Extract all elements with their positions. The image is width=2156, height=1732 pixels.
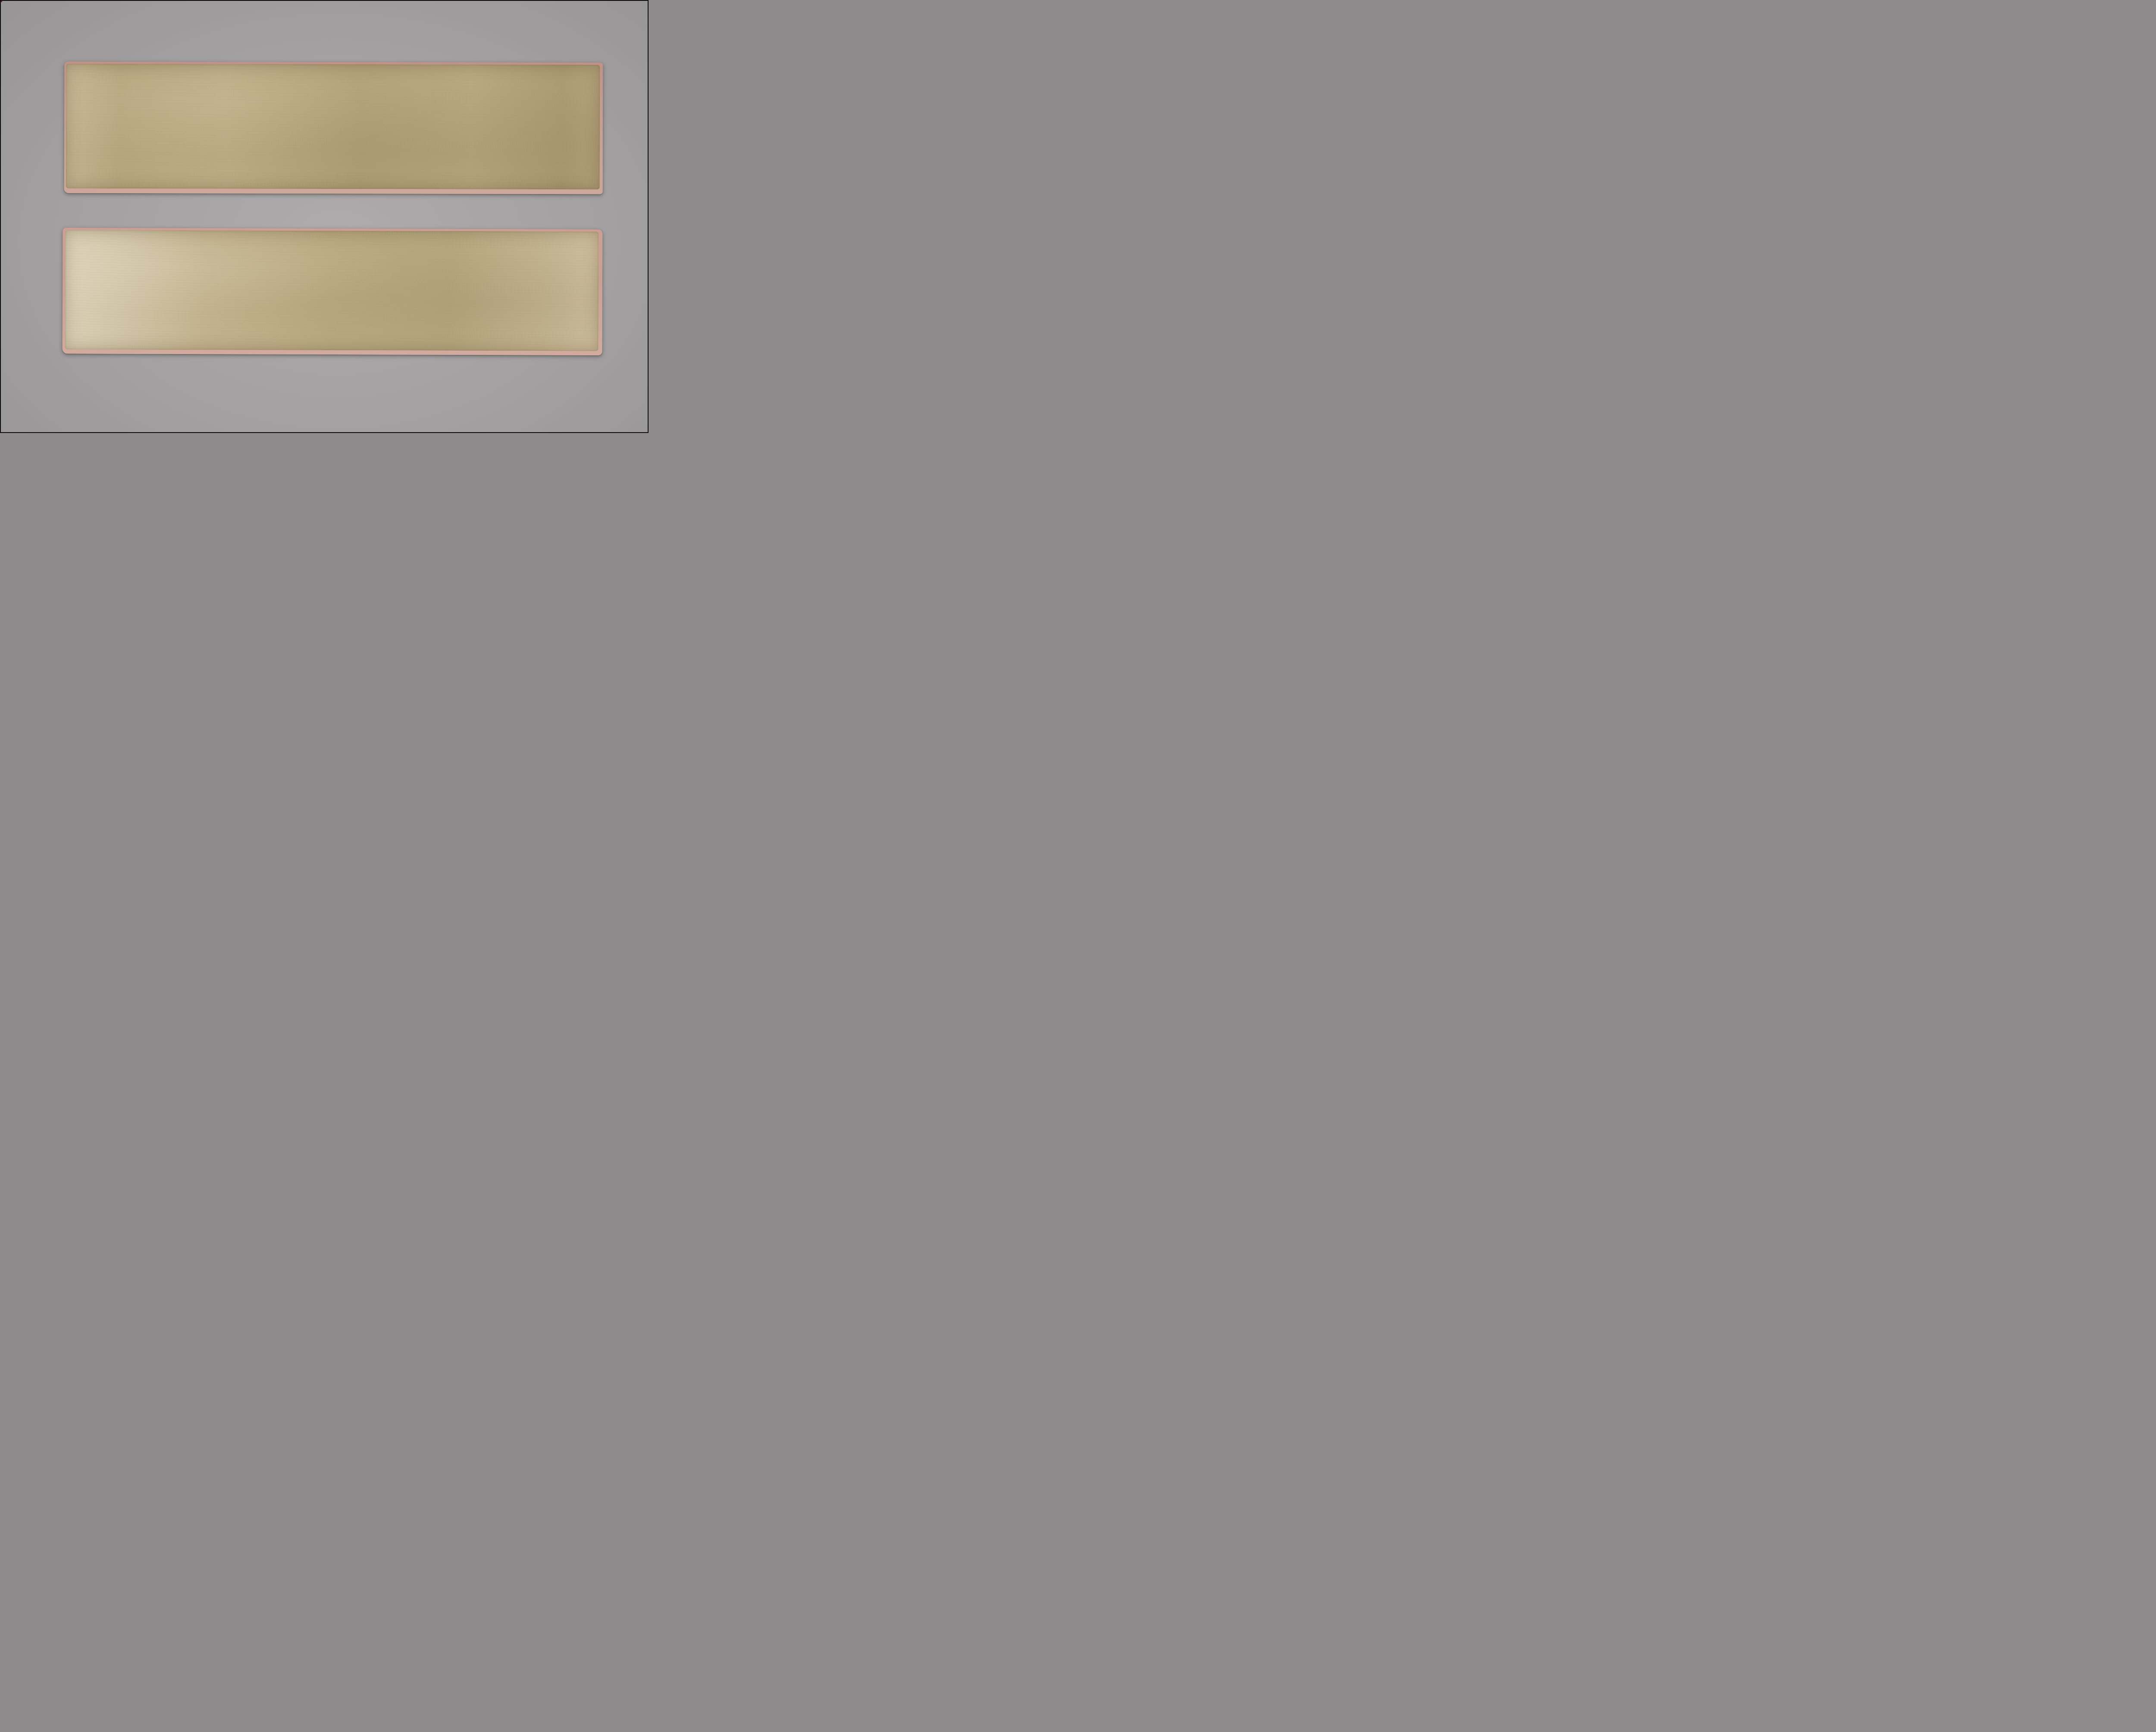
upper-leaf-paper bbox=[66, 64, 600, 190]
lower-leaf-artwork bbox=[65, 230, 599, 351]
upper-leaf-artwork bbox=[66, 64, 600, 190]
photo-corner-speck bbox=[0, 0, 2, 2]
lower-leaf bbox=[63, 228, 603, 355]
lower-leaf-paper bbox=[65, 230, 599, 351]
upper-leaf bbox=[64, 62, 603, 195]
manuscript-photograph bbox=[0, 0, 649, 433]
